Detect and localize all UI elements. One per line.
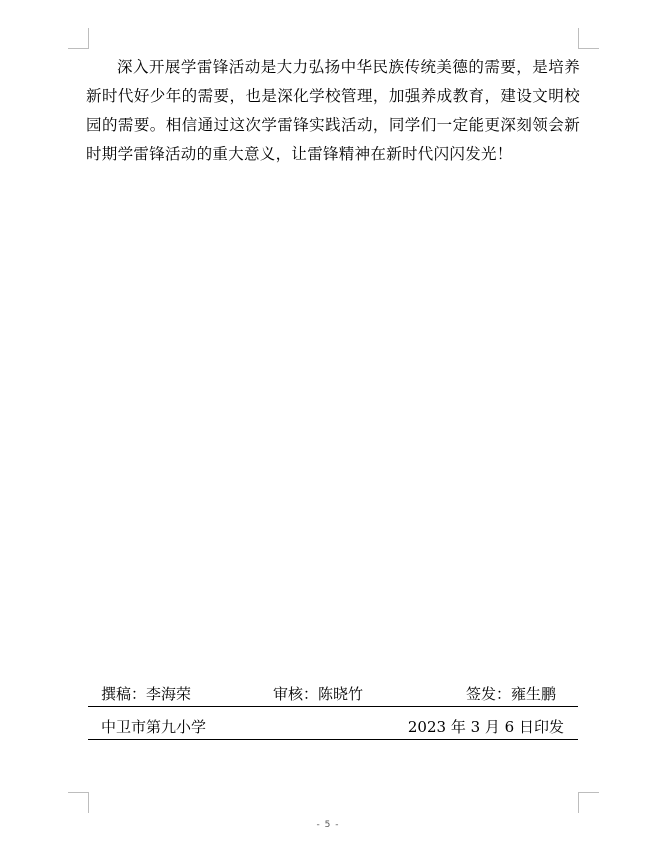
crop-mark-bottom-left-icon (68, 792, 89, 813)
reviewer-name: 陈晓竹 (318, 685, 363, 703)
issuing-organization: 中卫市第九小学 (101, 716, 206, 737)
issuer-name: 雍生鹏 (511, 685, 556, 703)
crop-mark-bottom-right-icon (578, 792, 599, 813)
signature-row: 撰稿：李海荣 审核：陈晓竹 签发：雍生鹏 (88, 683, 578, 705)
drafter-signature: 撰稿：李海荣 (101, 683, 191, 704)
crop-mark-top-right-icon (578, 28, 599, 49)
issuer-signature: 签发：雍生鹏 (466, 683, 556, 704)
document-page: 深入开展学雷锋活动是大力弘扬中华民族传统美德的需要，是培养新时代好少年的需要，也… (0, 0, 656, 865)
issuer-label: 签发： (466, 685, 511, 703)
drafter-label: 撰稿： (101, 685, 146, 703)
issue-date: 2023 年 3 月 6 日印发 (408, 716, 564, 737)
footer-rule-top (88, 706, 578, 707)
reviewer-label: 审核： (273, 685, 318, 703)
crop-mark-top-left-icon (68, 28, 89, 49)
reviewer-signature: 审核：陈晓竹 (273, 683, 363, 704)
footer-rule-bottom (88, 739, 578, 740)
page-number: - 5 - (0, 820, 656, 830)
imprint-row: 中卫市第九小学 2023 年 3 月 6 日印发 (88, 714, 578, 738)
body-paragraph: 深入开展学雷锋活动是大力弘扬中华民族传统美德的需要，是培养新时代好少年的需要，也… (86, 53, 580, 169)
drafter-name: 李海荣 (146, 685, 191, 703)
